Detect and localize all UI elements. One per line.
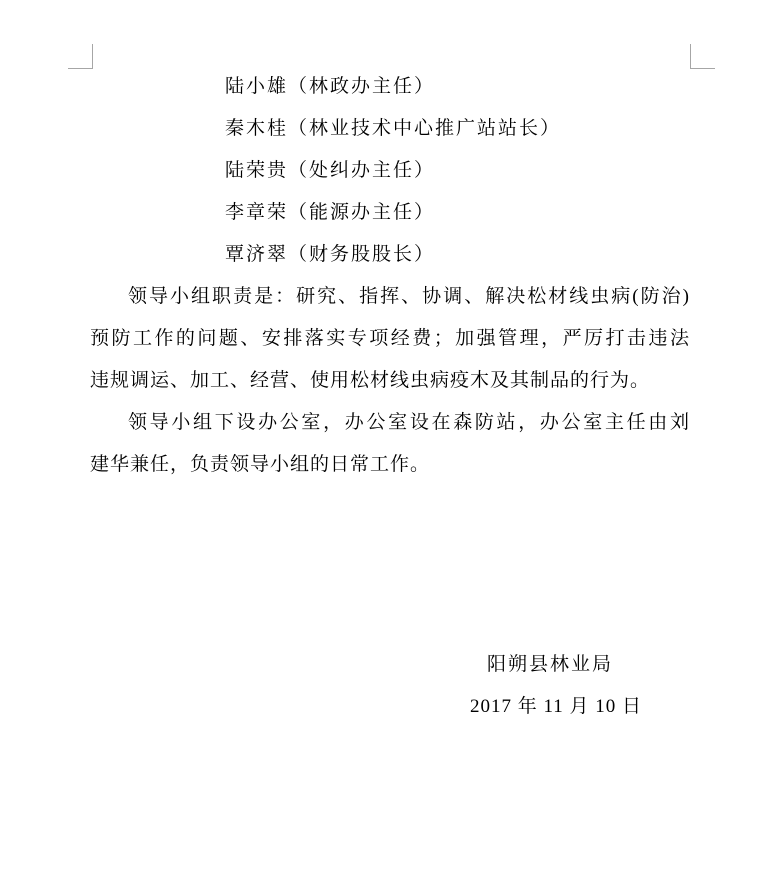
paragraph-line: 领导小组下设办公室，办公室设在森防站，办公室主任由刘 (90, 402, 690, 444)
paragraph-duties: 领导小组职责是：研究、指挥、协调、解决松材线虫病(防治) 预防工作的问题、安排落… (90, 276, 690, 402)
member-list-item: 陆小雄（林政办主任） (90, 66, 690, 108)
margin-crop-mark-top-right (690, 44, 715, 69)
signature-block: 阳朔县林业局 2017 年 11 月 10 日 (90, 644, 690, 728)
paragraph-line: 违规调运、加工、经营、使用松材线虫病疫木及其制品的行为。 (90, 360, 690, 402)
blank-space (90, 486, 690, 644)
paragraph-line: 领导小组职责是：研究、指挥、协调、解决松材线虫病(防治) (90, 276, 690, 318)
member-list-item: 李章荣（能源办主任） (90, 192, 690, 234)
signature-date: 2017 年 11 月 10 日 (90, 686, 690, 728)
member-list-item: 陆荣贵（处纠办主任） (90, 150, 690, 192)
signature-organization: 阳朔县林业局 (90, 644, 690, 686)
paragraph-line: 建华兼任，负责领导小组的日常工作。 (90, 444, 690, 486)
document-page: 陆小雄（林政办主任） 秦木桂（林业技术中心推广站站长） 陆荣贵（处纠办主任） 李… (0, 0, 780, 881)
member-list: 陆小雄（林政办主任） 秦木桂（林业技术中心推广站站长） 陆荣贵（处纠办主任） 李… (90, 66, 690, 276)
paragraph-line: 预防工作的问题、安排落实专项经费；加强管理，严厉打击违法 (90, 318, 690, 360)
paragraph-office: 领导小组下设办公室，办公室设在森防站，办公室主任由刘 建华兼任，负责领导小组的日… (90, 402, 690, 486)
document-body: 陆小雄（林政办主任） 秦木桂（林业技术中心推广站站长） 陆荣贵（处纠办主任） 李… (90, 66, 690, 728)
member-list-item: 秦木桂（林业技术中心推广站站长） (90, 108, 690, 150)
member-list-item: 覃济翠（财务股股长） (90, 234, 690, 276)
